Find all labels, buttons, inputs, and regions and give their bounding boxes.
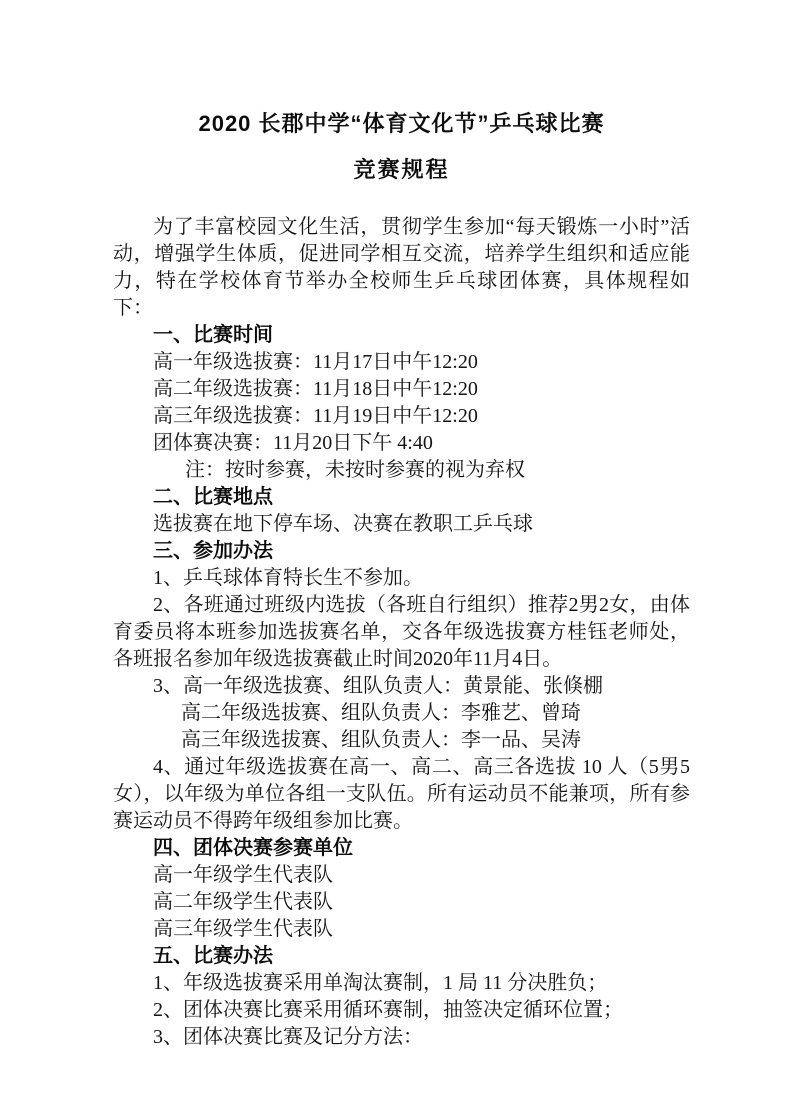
- doc-title-line2: 竞赛规程: [113, 156, 690, 184]
- document-body: 为了丰富校园文化生活，贯彻学生参加“每天锻炼一小时”活动，增强学生体质，促进同学…: [113, 214, 690, 1051]
- document-page: 2020 长郡中学“体育文化节”乒乓球比赛 竞赛规程 为了丰富校园文化生活，贯彻…: [0, 0, 794, 1108]
- format-rule-3: 3、团体决赛比赛及记分方法：: [113, 1024, 690, 1051]
- entry-rule-3-grade1: 3、高一年级选拔赛、组队负责人：黄景能、张倏棚: [113, 673, 690, 700]
- format-rule-2: 2、团体决赛比赛采用循环赛制，抽签决定循环位置；: [113, 997, 690, 1024]
- section-heading-5-format: 五、比赛办法: [113, 943, 690, 970]
- entry-rule-2: 2、各班通过班级内选拔（各班自行组织）推荐2男2女，由体育委员将本班参加选拔赛名…: [113, 592, 690, 673]
- doc-title-line1: 2020 长郡中学“体育文化节”乒乓球比赛: [113, 110, 690, 138]
- schedule-grade2-tryout: 高二年级选拔赛：11月18日中午12:20: [113, 376, 690, 403]
- entry-rule-1: 1、乒乓球体育特长生不参加。: [113, 565, 690, 592]
- team-grade2: 高二年级学生代表队: [113, 889, 690, 916]
- entry-rule-3-grade2: 高二年级选拔赛、组队负责人：李雅艺、曾琦: [113, 700, 690, 727]
- entry-rule-4: 4、通过年级选拔赛在高一、高二、高三各选拔 10 人（5男5女），以年级为单位各…: [113, 754, 690, 835]
- section-heading-4-teams: 四、团体决赛参赛单位: [113, 835, 690, 862]
- document-title-block: 2020 长郡中学“体育文化节”乒乓球比赛 竞赛规程: [113, 110, 690, 184]
- team-grade1: 高一年级学生代表队: [113, 862, 690, 889]
- team-grade3: 高三年级学生代表队: [113, 916, 690, 943]
- schedule-grade1-tryout: 高一年级选拔赛：11月17日中午12:20: [113, 349, 690, 376]
- venue-line: 选拔赛在地下停车场、决赛在教职工乒乓球: [113, 511, 690, 538]
- entry-rule-3-grade3: 高三年级选拔赛、组队负责人：李一品、吴涛: [113, 727, 690, 754]
- section-heading-1-time: 一、比赛时间: [113, 322, 690, 349]
- schedule-grade3-tryout: 高三年级选拔赛：11月19日中午12:20: [113, 403, 690, 430]
- format-rule-1: 1、年级选拔赛采用单淘汰赛制，1 局 11 分决胜负；: [113, 970, 690, 997]
- section-heading-3-entry: 三、参加办法: [113, 538, 690, 565]
- schedule-team-final: 团体赛决赛：11月20日下午 4:40: [113, 430, 690, 457]
- schedule-note: 注：按时参赛，未按时参赛的视为弃权: [113, 457, 690, 484]
- intro-paragraph: 为了丰富校园文化生活，贯彻学生参加“每天锻炼一小时”活动，增强学生体质，促进同学…: [113, 214, 690, 322]
- section-heading-2-venue: 二、比赛地点: [113, 484, 690, 511]
